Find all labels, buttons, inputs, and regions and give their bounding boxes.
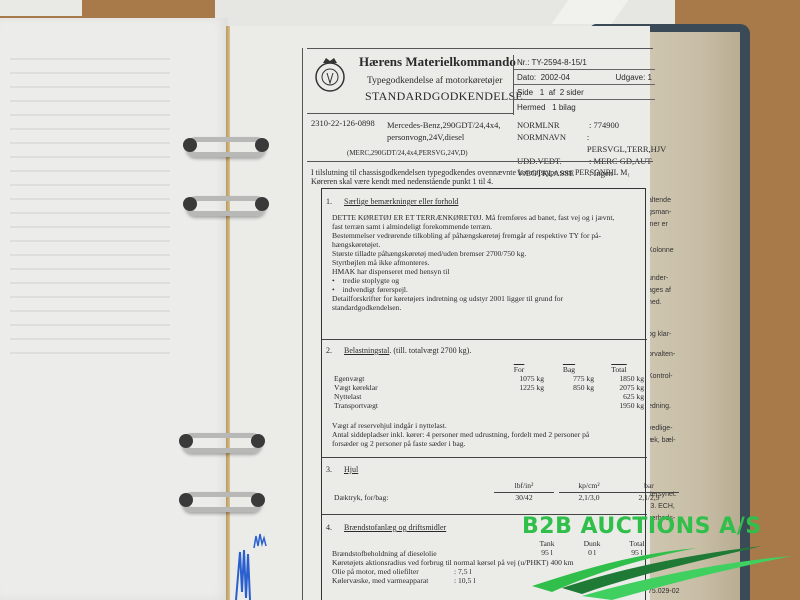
bullet-item: tredie stoplygte og — [332, 276, 642, 285]
weight-cell: 625 kg — [594, 392, 644, 401]
norm-key: NORMLNR — [517, 119, 589, 131]
b2b-auctions-watermark: B2B AUCTIONS A/S — [522, 514, 797, 600]
section-1-line: Største tilladte påhængskøretøj med/uden… — [332, 249, 642, 258]
doc-date: 2002-04 — [541, 73, 570, 82]
unit-kp: kp/cm² — [559, 481, 619, 493]
weight-cell: 850 kg — [544, 383, 594, 392]
binder-ring — [186, 137, 266, 157]
divider-text-fragment: æk, bæl- — [648, 436, 676, 445]
section-1-line: hængskøretøjet. — [332, 240, 642, 249]
section-separator — [322, 339, 647, 340]
tyre-col-lbf: lbf/in² 30/42 — [494, 481, 554, 502]
weight-cell — [544, 392, 594, 401]
section-1-title: Særlige bemærkninger eller forhold — [344, 197, 458, 207]
norm-row: NORMNAVN: PERSVGL,TERR,HJV — [517, 131, 668, 155]
weight-row: Egenvægt1075 kg775 kg1850 kg — [334, 374, 644, 383]
header-divider — [307, 113, 513, 114]
binder-ring — [186, 196, 266, 216]
weight-cell — [494, 392, 544, 401]
binder-ring — [182, 492, 262, 512]
weight-cell: 1225 kg — [494, 383, 544, 392]
date-row: Dato: 2002-04 Udgave: 1 — [514, 70, 655, 85]
intro-text: I tilslutning til chassisgodkendelsen ty… — [311, 168, 651, 186]
page-row: Side 1 af 2 sider — [514, 85, 655, 100]
weight-row: Vægt køreklar1225 kg850 kg2075 kg — [334, 383, 644, 392]
doc-number-row: Nr.: TY-2594-8-15/1 — [514, 55, 655, 70]
weight-cell: Egenvægt — [334, 374, 494, 383]
oil-value: : 7,5 l — [454, 567, 472, 576]
background-paper — [0, 0, 82, 16]
section-2-notes: Vægt af reservehjul indgår i nyttelast.A… — [332, 421, 642, 448]
tyre-label: Dæktryk, for/bag: — [334, 493, 388, 503]
document-header: Hærens Materielkommando Typegodkendelse … — [307, 48, 653, 162]
tyre-col-kp: kp/cm² 2,1/3,0 — [559, 481, 619, 502]
weight-table-header: ForBagTotal — [334, 365, 644, 374]
doc-edition: 1 — [648, 73, 652, 82]
norm-row: NORMLNR: 774900 — [517, 119, 668, 131]
weight-header-spacer — [334, 365, 494, 374]
bullet-item: indvendigt førerspejl. — [332, 285, 642, 294]
weight-cell — [494, 401, 544, 410]
left-page — [0, 18, 228, 600]
weight-cell: 1850 kg — [594, 374, 644, 383]
crest-emblem-icon — [313, 55, 347, 93]
section-1-number: 1. — [326, 197, 332, 207]
divider-text-fragment: -3. ECH, — [648, 502, 675, 511]
document-meta: Nr.: TY-2594-8-15/1 Dato: 2002-04 Udgave… — [513, 55, 655, 115]
edition-label: Udgave: — [616, 73, 646, 82]
unit-lbf: lbf/in² — [494, 481, 554, 493]
document-subtitle: Typegodkendelse af motorkøretøjer — [367, 77, 502, 87]
oil-label: Olie på motor, med oliefilter — [332, 567, 419, 576]
pages-suffix: sider — [566, 88, 583, 97]
section-1-line: DETTE KØRETØJ ER ET TERRÆNKØRETØJ. Må fr… — [332, 213, 642, 222]
doc-number: TY-2594-8-15/1 — [532, 58, 587, 67]
section-2-number: 2. — [326, 346, 332, 356]
number-label: Nr.: — [517, 58, 529, 67]
vehicle-line-1: Mercedes-Benz,290GDT/24,4x4, — [387, 119, 501, 131]
section-2-title-text: Belastningstal — [344, 346, 389, 355]
vehicle-code: (MERC,290GDT/24,4x4,PERSVG,24V,D) — [347, 149, 468, 159]
nsn-number: 2310-22-126-0898 — [311, 119, 375, 129]
tyre-col-bar: bar 2,1/2,9 — [619, 481, 679, 502]
coolant-label: Kølervæske, med varmeapparat — [332, 576, 428, 585]
weight-cell — [544, 401, 594, 410]
value-bar: 2,1/2,9 — [619, 493, 679, 503]
tyre-pressure: Dæktryk, for/bag: lbf/in² 30/42 kp/cm² 2… — [334, 481, 644, 505]
value-lbf: 30/42 — [494, 493, 554, 503]
section-4-title: Brændstofanlæg og driftsmidler — [344, 523, 446, 533]
section-1-line: standardgodkendelsen. — [332, 303, 642, 312]
weight-cell: Vægt køreklar — [334, 383, 494, 392]
section-1-body: DETTE KØRETØJ ER ET TERRÆNKØRETØJ. Må fr… — [332, 213, 642, 312]
section-3-title: Hjul — [344, 465, 358, 475]
vehicle-line-2: personvogn,24V,diesel — [387, 131, 501, 143]
section-separator — [322, 457, 647, 458]
header-bottom-border — [307, 161, 653, 162]
section-1-line: fast terræn samt i almindeligt forekomme… — [332, 222, 642, 231]
binder-ring — [182, 433, 262, 453]
date-label: Dato: — [517, 73, 536, 82]
section-1-line: Styrtbøjlen må ikke afmonteres. — [332, 258, 642, 267]
divider-text-fragment: orvalten- — [648, 350, 675, 359]
pen-scribble — [232, 532, 272, 600]
attached-label: Hermed — [517, 103, 545, 112]
norm-key: NORMNAVN — [517, 131, 587, 155]
section-1-line: HMAK har dispenseret med hensyn til — [332, 267, 642, 276]
unit-bar: bar — [619, 481, 679, 493]
section-2-note: forsæder og 2 personer på faste sæder i … — [332, 439, 642, 448]
section-3-number: 3. — [326, 465, 332, 475]
vehicle-description: Mercedes-Benz,290GDT/24,4x4, personvogn,… — [387, 119, 501, 143]
total-pages: 2 — [560, 88, 564, 97]
show-through-text — [10, 58, 170, 358]
norm-value: : 774900 — [589, 119, 619, 131]
range-label: Køretøjets aktionsradius ved forbrug til… — [332, 558, 549, 567]
weight-column-header: Bag — [544, 365, 594, 374]
section-2-note: Vægt af reservehjul indgår i nyttelast. — [332, 421, 642, 430]
watermark-text: B2B AUCTIONS A/S — [522, 514, 762, 539]
value-kp: 2,1/3,0 — [559, 493, 619, 503]
weight-cell: Transportvægt — [334, 401, 494, 410]
weight-cell: 1075 kg — [494, 374, 544, 383]
document-title: STANDARDGODKENDELSE — [365, 92, 523, 102]
weight-cell: Nyttelast — [334, 392, 494, 401]
weight-cell: 2075 kg — [594, 383, 644, 392]
weight-cell: 775 kg — [544, 374, 594, 383]
intro-line-2: Køreren skal være kendt med nedenstående… — [311, 177, 651, 186]
coolant-value: : 10,5 l — [454, 576, 475, 585]
weight-column-header: Total — [594, 365, 644, 374]
section-2-title: Belastningstal. (till. totalvægt 2700 kg… — [344, 346, 471, 356]
weight-cell: 1950 kg — [594, 401, 644, 410]
attachments-row: Hermed 1 bilag — [514, 100, 655, 115]
page-number: 1 — [540, 88, 544, 97]
attached-suffix: bilag — [559, 103, 576, 112]
section-4-number: 4. — [326, 523, 332, 533]
watermark-swoosh-icon — [522, 540, 797, 600]
norm-value: : PERSVGL,TERR,HJV — [587, 131, 668, 155]
weight-row: Nyttelast625 kg — [334, 392, 644, 401]
section-1-line: Detailforskrifter for køretøjers indretn… — [332, 294, 642, 303]
fuel-label: Brændstofbeholdning af dieselolie — [332, 549, 437, 558]
section-2-note: Antal siddepladser inkl. kører: 4 person… — [332, 430, 642, 439]
weight-column-header: For — [494, 365, 544, 374]
weight-table: ForBagTotalEgenvægt1075 kg775 kg1850 kgV… — [334, 365, 644, 410]
organization-name: Hærens Materielkommando — [359, 57, 516, 67]
of-label: af — [549, 88, 556, 97]
attached-count: 1 — [552, 103, 556, 112]
intro-line-1: I tilslutning til chassisgodkendelsen ty… — [311, 168, 651, 177]
weight-row: Transportvægt1950 kg — [334, 401, 644, 410]
section-2-title-extra: . (till. totalvægt 2700 kg). — [389, 346, 471, 356]
section-1-line: Bestemmelser vedrørende tilkobling af på… — [332, 231, 642, 240]
page-label: Side — [517, 88, 533, 97]
